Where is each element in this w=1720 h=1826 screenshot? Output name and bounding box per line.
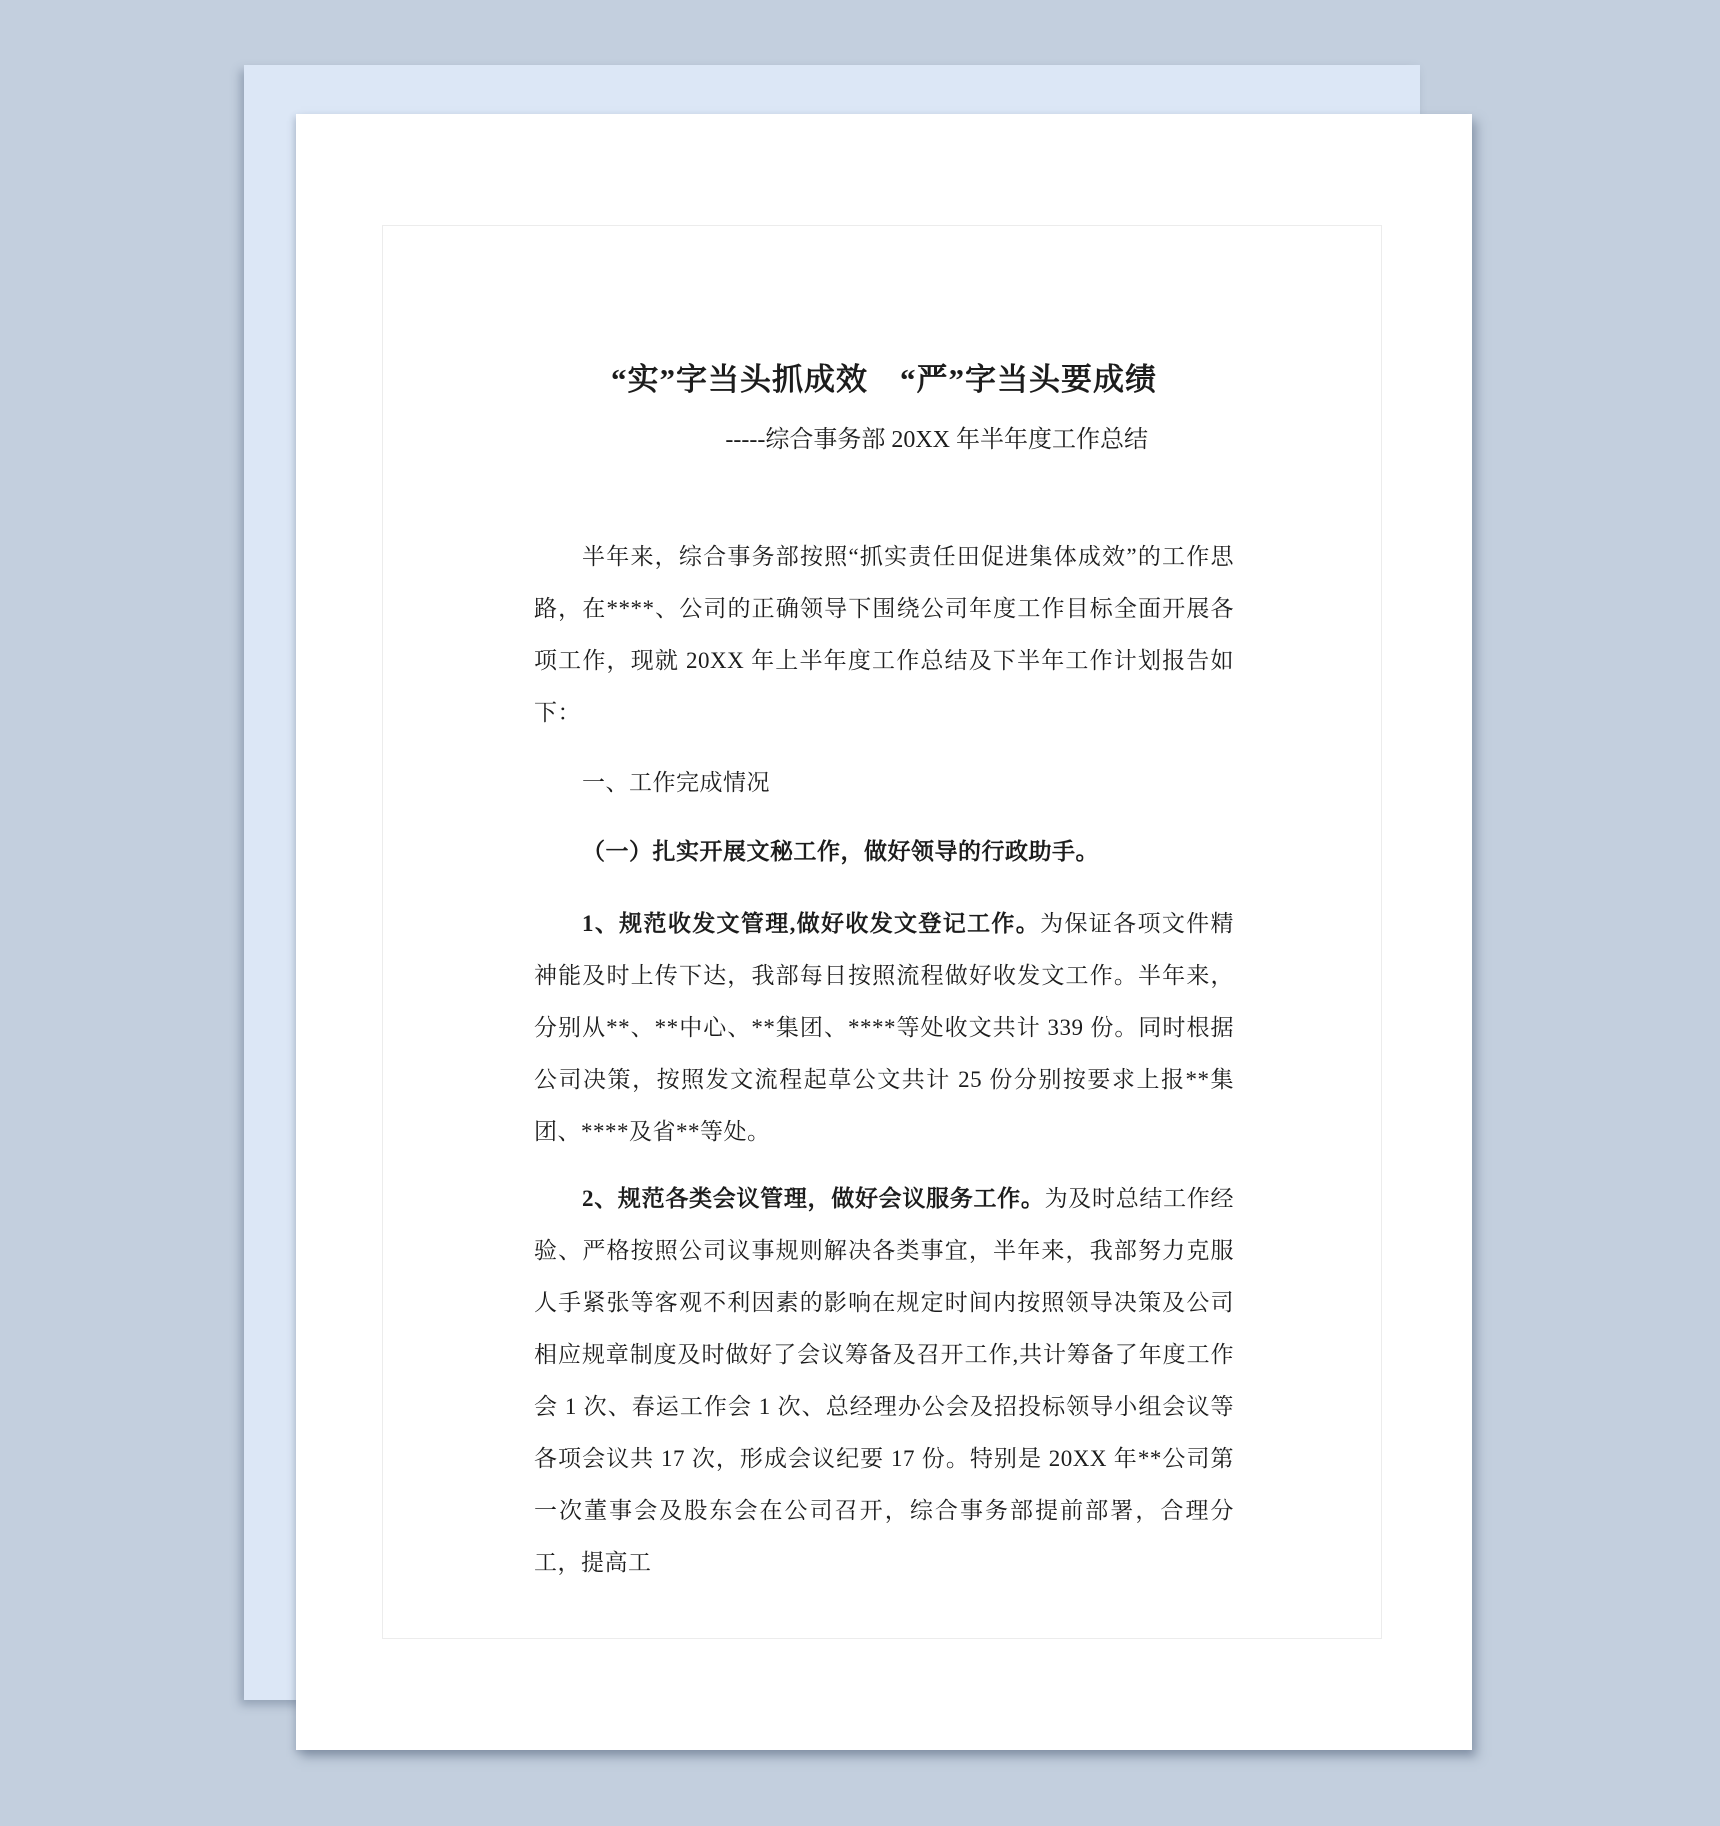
item1-paragraph: 1、规范收发文管理,做好收发文登记工作。为保证各项文件精神能及时上传下达，我部每…	[534, 898, 1234, 1158]
subsection-heading-1: （一）扎实开展文秘工作，做好领导的行政助手。	[534, 826, 1234, 878]
document-page: “实”字当头抓成效 “严”字当头要成绩 -----综合事务部 20XX 年半年度…	[296, 114, 1472, 1750]
intro-paragraph: 半年来，综合事务部按照“抓实责任田促进集体成效”的工作思路，在****、公司的正…	[534, 531, 1234, 739]
item2-paragraph: 2、规范各类会议管理，做好会议服务工作。为及时总结工作经验、严格按照公司议事规则…	[534, 1173, 1234, 1589]
item2-lead-text: 2、规范各类会议管理，做好会议服务工作。	[582, 1186, 1045, 1211]
section-heading-1: 一、工作完成情况	[534, 757, 1234, 809]
document-subtitle: -----综合事务部 20XX 年半年度工作总结	[534, 422, 1148, 458]
document-preview: “实”字当头抓成效 “严”字当头要成绩 -----综合事务部 20XX 年半年度…	[0, 0, 1720, 1826]
item1-lead-text: 1、规范收发文管理,做好收发文登记工作。	[582, 911, 1040, 936]
document-content: “实”字当头抓成效 “严”字当头要成绩 -----综合事务部 20XX 年半年度…	[534, 114, 1234, 1589]
item2-body-text: 为及时总结工作经验、严格按照公司议事规则解决各类事宜，半年来，我部努力克服人手紧…	[534, 1186, 1234, 1575]
item1-body-text: 为保证各项文件精神能及时上传下达，我部每日按照流程做好收发文工作。半年来，分别从…	[534, 911, 1234, 1144]
document-title: “实”字当头抓成效 “严”字当头要成绩	[534, 360, 1234, 400]
